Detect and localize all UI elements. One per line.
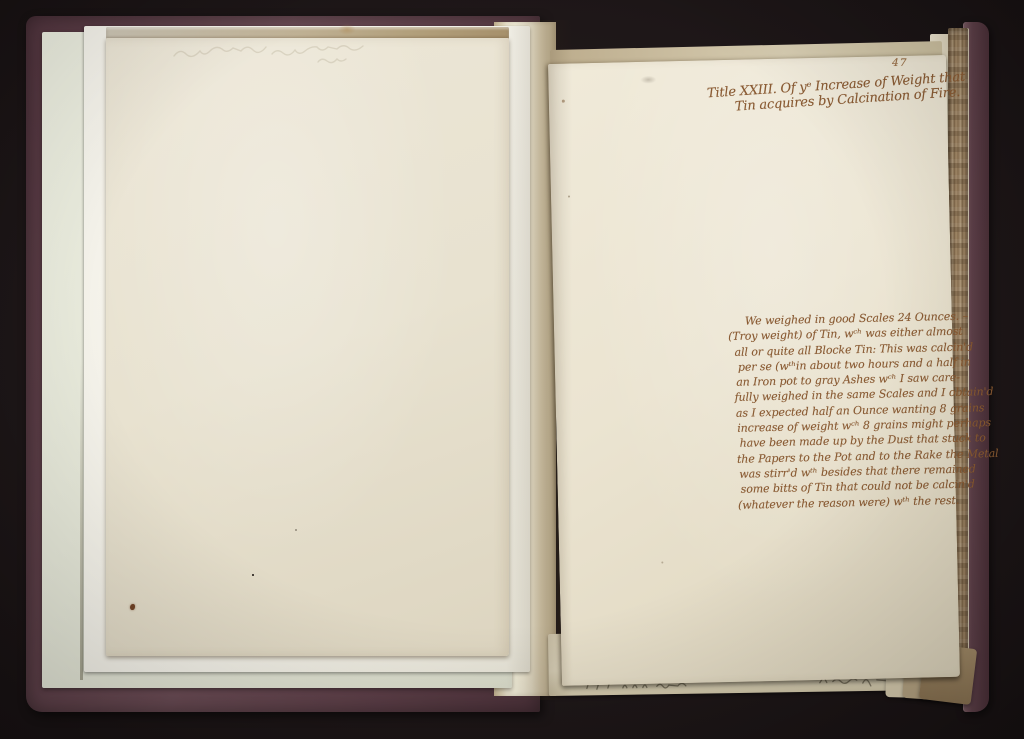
paper-speck [661,562,663,564]
paper-speck [252,574,254,576]
paper-speck [295,529,297,531]
manuscript-title: Title XXIII. Of yᵉ Increase of Weight th… [707,70,970,117]
smudge-mark [640,76,656,84]
paper-speck [568,196,570,198]
flyleaf-crease [80,360,83,680]
foxing-stain [338,24,356,35]
left-page-blank [106,38,509,656]
paper-speck [562,100,565,103]
ink-spot [130,604,135,610]
folio-number: 47 [892,57,908,69]
ink-show-through-writing [168,40,388,72]
right-page-manuscript: 47 Title XXIII. Of yᵉ Increase of Weight… [548,55,960,686]
manuscript-paragraph: We weighed in good Scales 24 Ounces. – (… [731,309,961,513]
photograph-of-open-manuscript-book: { "page": { "folio_number": "47", "title… [0,0,1024,739]
